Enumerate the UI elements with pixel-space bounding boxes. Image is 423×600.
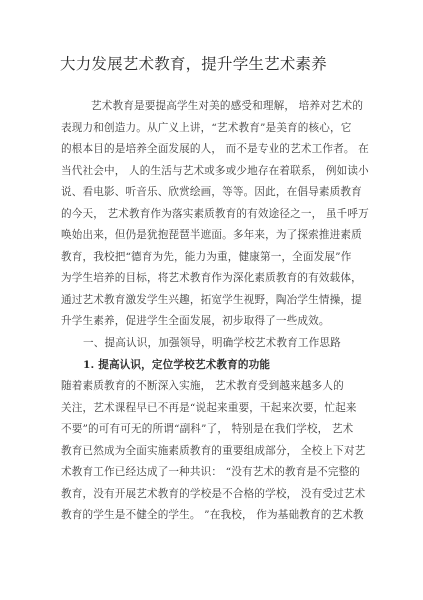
paragraph-line: 不要”的可有可无的所谓“副科”了， 特别是在我们学校， 艺术 — [61, 421, 353, 436]
paragraph-line: 教育已然成为全面实施素质教育的重要组成部分， 全校上下对艺 — [61, 443, 365, 458]
paragraph-line: 表现力和创造力。从广义上讲，“艺术教育”是美育的核心，它 — [61, 120, 351, 135]
paragraph-line: 术教育工作已经达成了一种共识： “没有艺术的教育是不完整的 — [61, 464, 360, 479]
document-title: 大力发展艺术教育，提升学生艺术素养 — [60, 52, 327, 74]
section-heading: 一、提高认识，加强领导，明确学校艺术教育工作思路 — [83, 335, 341, 350]
subsection-heading: 1. 提高认识，定位学校艺术教育的功能 — [83, 357, 270, 372]
paragraph-line: 教育的学生是不健全的学生。 ”在我校， 作为基础教育的艺术教 — [61, 507, 364, 522]
document-page: 大力发展艺术教育，提升学生艺术素养 艺术教育是要提高学生对美的感受和理解， 培养… — [0, 0, 423, 600]
paragraph-line: 教育，没有开展艺术教育的学校是不合格的学校， 没有受过艺术 — [61, 486, 365, 501]
paragraph-line: 艺术教育是要提高学生对美的感受和理解， 培养对艺术的 — [91, 98, 363, 113]
paragraph-line: 当代社会中， 人的生活与艺术或多或少地存在着联系， 例如读小 — [61, 163, 369, 178]
paragraph-line: 为学生培养的目标，将艺术教育作为深化素质教育的有效载体， — [61, 270, 362, 285]
paragraph-line: 关注，艺术课程早已不再是“说起来重要，干起来次要，忙起来 — [61, 400, 357, 415]
paragraph-line: 的根本目的是培养全面发展的人， 而不是专业的艺术工作者。 在 — [61, 141, 369, 156]
paragraph-line: 说、看电影、听音乐、欣赏绘画，等等。因此，在倡导素质教育 — [61, 184, 362, 199]
paragraph-line: 随着素质教育的不断深入实施， 艺术教育受到越来越多人的 — [61, 378, 344, 393]
paragraph-line: 升学生素养，促进学生全面发展，初步取得了一些成效。 — [61, 313, 330, 328]
paragraph-line: 的今天， 艺术教育作为落实素质教育的有效途径之一， 虽千呼万 — [61, 206, 369, 221]
paragraph-line: 通过艺术教育激发学生兴趣，拓宽学生视野，陶冶学生情操，提 — [61, 292, 362, 307]
paragraph-line: 教育，我校把“德育为先，能力为重，健康第一，全面发展”作 — [61, 249, 351, 264]
paragraph-line: 唤始出来，但仍是犹抱琵琶半遮面。多年来，为了探索推进素质 — [61, 227, 362, 242]
